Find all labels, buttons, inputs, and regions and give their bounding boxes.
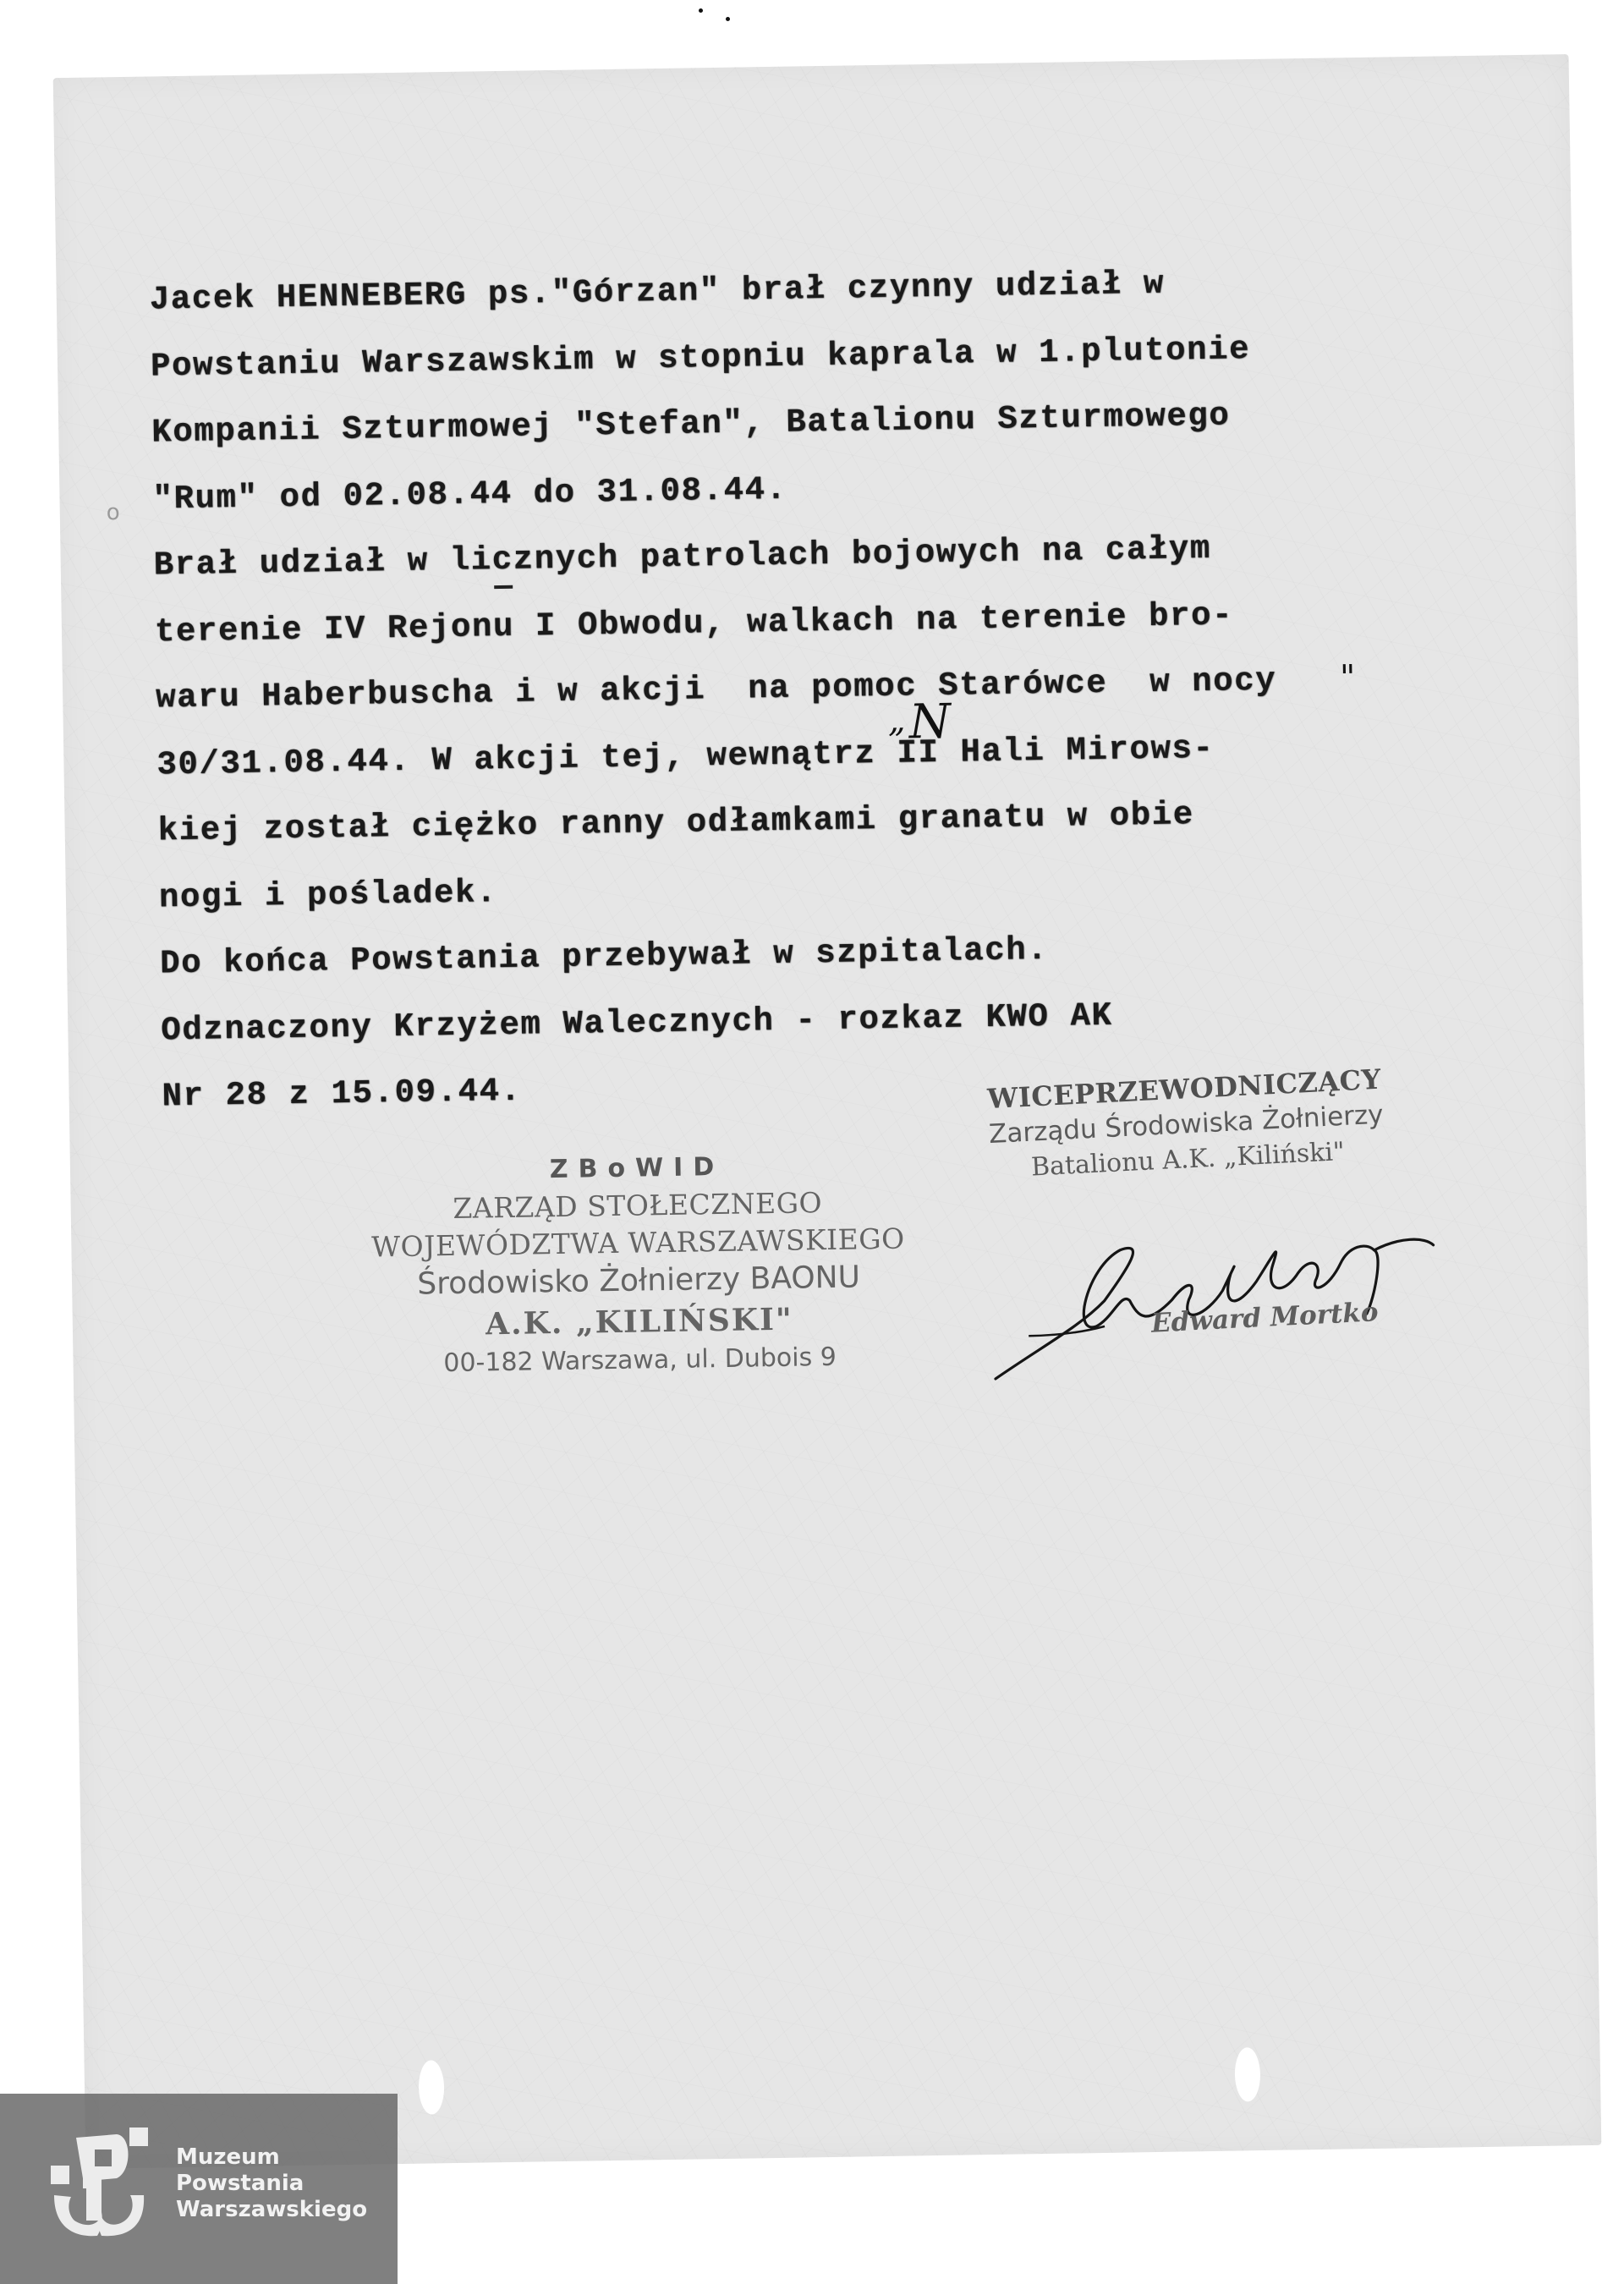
document-page: o Jacek HENNEBERG ps."Górzan" brał czynn… [53, 54, 1602, 2169]
margin-mark: o [107, 500, 120, 525]
handwritten-open-quote: „ [887, 700, 905, 739]
handwritten-signature [976, 1202, 1503, 1397]
handwritten-close-quote: " [1340, 658, 1356, 697]
museum-name-line: Powstania [176, 2171, 367, 2197]
scan-speck [699, 8, 703, 13]
handwritten-capital-n: N [908, 695, 951, 750]
scan-speck [726, 17, 730, 21]
handwritten-underline [494, 585, 513, 589]
museum-name-line: Warszawskiego [176, 2197, 367, 2223]
museum-watermark: Muzeum Powstania Warszawskiego [0, 2094, 398, 2284]
museum-name: Muzeum Powstania Warszawskiego [176, 2144, 367, 2223]
kotwica-anchor-icon [51, 2128, 156, 2242]
museum-name-line: Muzeum [176, 2144, 367, 2171]
organization-stamp: ZBoWID ZARZĄD STOŁECZNEGO WOJEWÓDZTWA WA… [315, 1145, 962, 1384]
